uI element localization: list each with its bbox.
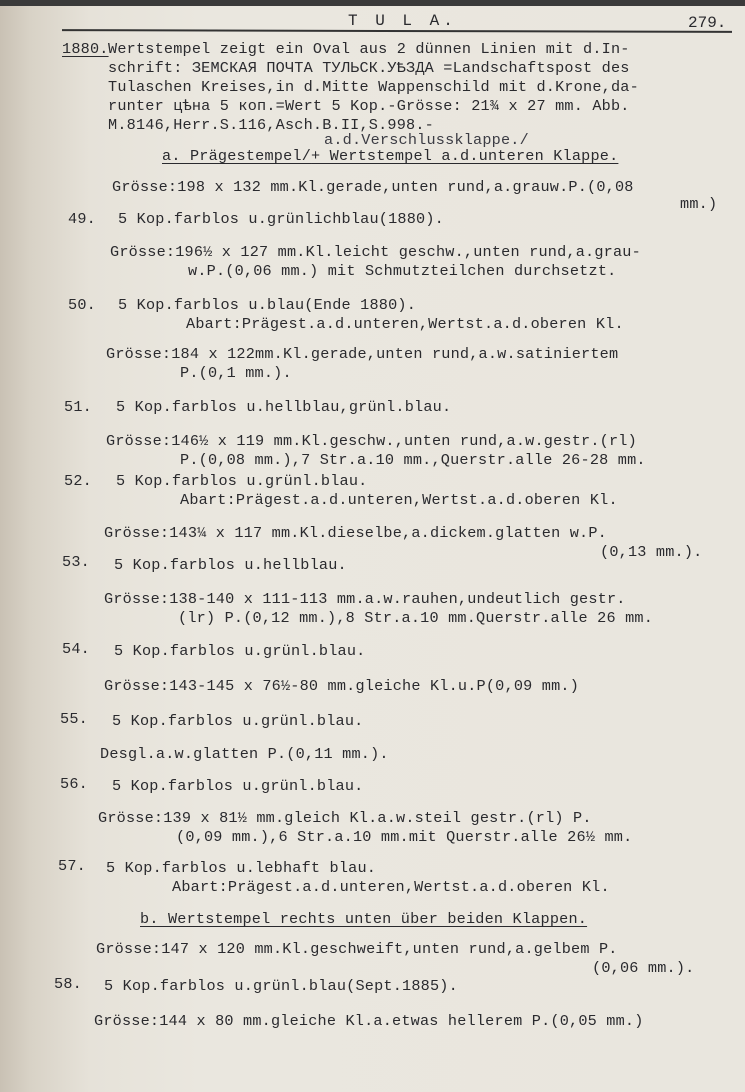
header-rule (62, 29, 732, 33)
intro-line: Wertstempel zeigt ein Oval aus 2 dünnen … (108, 40, 630, 58)
size-line: (0,06 mm.). (592, 959, 694, 977)
entry-desc: 5 Kop.farblos u.hellblau,grünl.blau. (116, 398, 451, 416)
size-line: Grösse:144 x 80 mm.gleiche Kl.a.etwas he… (94, 1012, 644, 1030)
page-number: 279. (688, 14, 726, 32)
section-a-heading-part1: a. Prägestempel/ (162, 147, 311, 165)
entry-number: 56. (60, 775, 88, 793)
entry-abart: Abart:Prägest.a.d.unteren,Wertst.a.d.obe… (172, 878, 610, 896)
size-line: Desgl.a.w.glatten P.(0,11 mm.). (100, 745, 389, 763)
entry-number: 51. (64, 398, 92, 416)
size-line: Grösse:143-145 x 76½-80 mm.gleiche Kl.u.… (104, 677, 579, 695)
size-line: Grösse:143¼ x 117 mm.Kl.dieselbe,a.dicke… (104, 524, 607, 542)
size-line: Grösse:146½ x 119 mm.Kl.geschw.,unten ru… (106, 432, 637, 450)
size-line: Grösse:198 x 132 mm.Kl.gerade,unten rund… (112, 178, 634, 196)
entry-number: 58. (54, 975, 82, 993)
size-line: (0,13 mm.). (600, 543, 702, 561)
size-line: Grösse:184 x 122mm.Kl.gerade,unten rund,… (106, 345, 618, 363)
entry-number: 54. (62, 640, 90, 658)
size-line: Grösse:147 x 120 mm.Kl.geschweift,unten … (96, 940, 618, 958)
size-line: w.P.(0,06 mm.) mit Schmutzteilchen durch… (188, 262, 616, 280)
entry-desc: 5 Kop.farblos u.grünl.blau. (112, 712, 363, 730)
document-page: T U L A. 279. 1880. Wertstempel zeigt ei… (0, 0, 745, 1092)
scan-edge (0, 0, 745, 6)
intro-year: 1880. (62, 40, 109, 58)
size-line: Grösse:139 x 81½ mm.gleich Kl.a.w.steil … (98, 809, 592, 827)
size-line: Grösse:196½ x 127 mm.Kl.leicht geschw.,u… (110, 243, 641, 261)
entry-number: 52. (64, 472, 92, 490)
size-line: (0,09 mm.),6 Str.a.10 mm.mit Querstr.all… (176, 828, 632, 846)
size-line: Grösse:138-140 x 111-113 mm.a.w.rauhen,u… (104, 590, 626, 608)
intro-line: Tulaschen Kreises,in d.Mitte Wappenschil… (108, 78, 639, 96)
entry-desc: 5 Kop.farblos u.grünl.blau. (112, 777, 363, 795)
entry-desc: 5 Kop.farblos u.hellblau. (114, 556, 347, 574)
entry-abart: Abart:Prägest.a.d.unteren,Wertst.a.d.obe… (186, 315, 624, 333)
entry-number: 49. (68, 210, 96, 228)
page-title: T U L A. (348, 12, 457, 30)
entry-abart: Abart:Prägest.a.d.unteren,Wertst.a.d.obe… (180, 491, 618, 509)
size-line: (lr) P.(0,12 mm.),8 Str.a.10 mm.Querstr.… (178, 609, 653, 627)
entry-number: 50. (68, 296, 96, 314)
entry-desc: 5 Kop.farblos u.grünl.blau(Sept.1885). (104, 977, 458, 995)
section-b-heading: b. Wertstempel rechts unten über beiden … (140, 910, 587, 928)
entry-number: 57. (58, 857, 86, 875)
entry-desc: 5 Kop.farblos u.grünl.blau. (114, 642, 365, 660)
section-a-heading: a. Prägestempel/+ Wertstempel a.d.untere… (162, 147, 618, 165)
entry-desc: 5 Kop.farblos u.lebhaft blau. (106, 859, 376, 877)
section-a-heading-part2: + Wertstempel a.d.unteren Klappe. (311, 147, 618, 165)
entry-number: 55. (60, 710, 88, 728)
entry-desc: 5 Kop.farblos u.blau(Ende 1880). (118, 296, 416, 314)
intro-line: schrift: ЗЕМСКАЯ ПОЧТА ТУЛЬСК.УѢЗДА =Lan… (108, 59, 630, 77)
entry-number: 53. (62, 553, 90, 571)
entry-desc: 5 Kop.farblos u.grünl.blau. (116, 472, 367, 490)
size-line: P.(0,08 mm.),7 Str.a.10 mm.,Querstr.alle… (180, 451, 646, 469)
intro-line: runter цѣна 5 коп.=Wert 5 Kop.-Grösse: 2… (108, 97, 630, 115)
size-line: mm.) (680, 195, 717, 213)
entry-desc: 5 Kop.farblos u.grünlichblau(1880). (118, 210, 444, 228)
size-line: P.(0,1 mm.). (180, 364, 292, 382)
